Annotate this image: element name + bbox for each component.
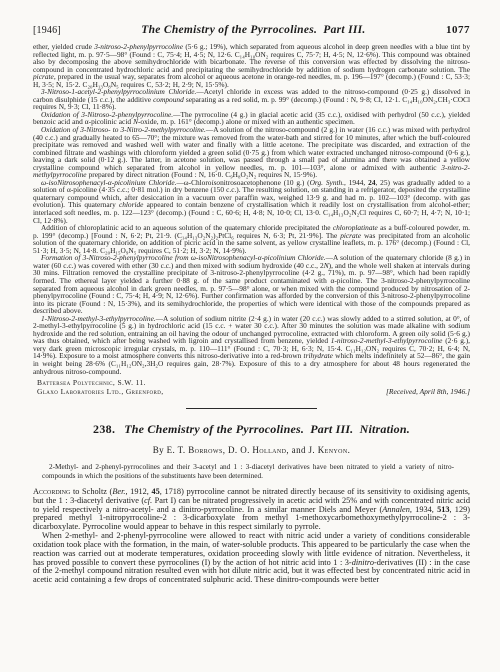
journal-page: [1946] The Chemistry of the Pyrrocolines… xyxy=(0,0,500,672)
experimental-paragraph: Formation of 3-Nitroso-2-phenylpyrrocoli… xyxy=(33,254,470,314)
affiliation-glaxo: Glaxo Laboratories Ltd., Greenford, xyxy=(37,388,164,397)
article-number: 238. xyxy=(93,422,115,436)
page-content: [1946] The Chemistry of the Pyrrocolines… xyxy=(33,24,470,585)
experimental-paragraph: ω-isoNitrosophenacyl-α-picolinium Chlori… xyxy=(33,179,470,224)
experimental-paragraph: 3-Nitroso-1-acetyl-2-phenylpyrrocolinium… xyxy=(33,88,470,111)
article-body: According to Scholtz (Ber., 1912, 45, 17… xyxy=(33,488,470,585)
article-heading: 238.The Chemistry of the Pyrrocolines. P… xyxy=(33,420,470,438)
page-header: [1946] The Chemistry of the Pyrrocolines… xyxy=(33,24,470,36)
experimental-paragraph: Addition of chloroplatinic acid to an aq… xyxy=(33,224,470,254)
article-paragraph: According to Scholtz (Ber., 1912, 45, 17… xyxy=(33,488,470,532)
experimental-paragraph: ether, yielded crude 3-nitroso-2-phenylp… xyxy=(33,43,470,88)
author-affiliations: Battersea Polytechnic, S.W. 11. Glaxo La… xyxy=(37,379,164,396)
running-title: The Chemistry of the Pyrrocolines. Part … xyxy=(61,24,446,36)
experimental-paragraph: Oxidation of 3-Nitroso-2-phenylpyrrocoli… xyxy=(33,111,470,126)
article-abstract: 2-Methyl- and 2-phenyl-pyrrocolines and … xyxy=(42,463,454,480)
experimental-paragraph: Oxidation of 3-Nitroso- to 3-Nitro-2-met… xyxy=(33,126,470,179)
issue-year: [1946] xyxy=(33,25,61,36)
experimental-paragraph: 1-Nitroso-2-methyl-3-ethylpyrrocoline.—A… xyxy=(33,315,470,375)
experimental-section: ether, yielded crude 3-nitroso-2-phenylp… xyxy=(33,43,470,375)
article-title: The Chemistry of the Pyrrocolines. Part … xyxy=(124,422,410,436)
received-date: [Received, April 8th, 1946.] xyxy=(386,387,470,396)
signature-block: Battersea Polytechnic, S.W. 11. Glaxo La… xyxy=(33,379,470,396)
page-number: 1077 xyxy=(446,24,470,36)
article-byline: By E. T. Borrows, D. O. Holland, and J. … xyxy=(33,445,470,455)
section-divider xyxy=(186,408,317,409)
article-paragraph: When 2-methyl- and 2-phenyl-pyrrocoline … xyxy=(33,532,470,585)
